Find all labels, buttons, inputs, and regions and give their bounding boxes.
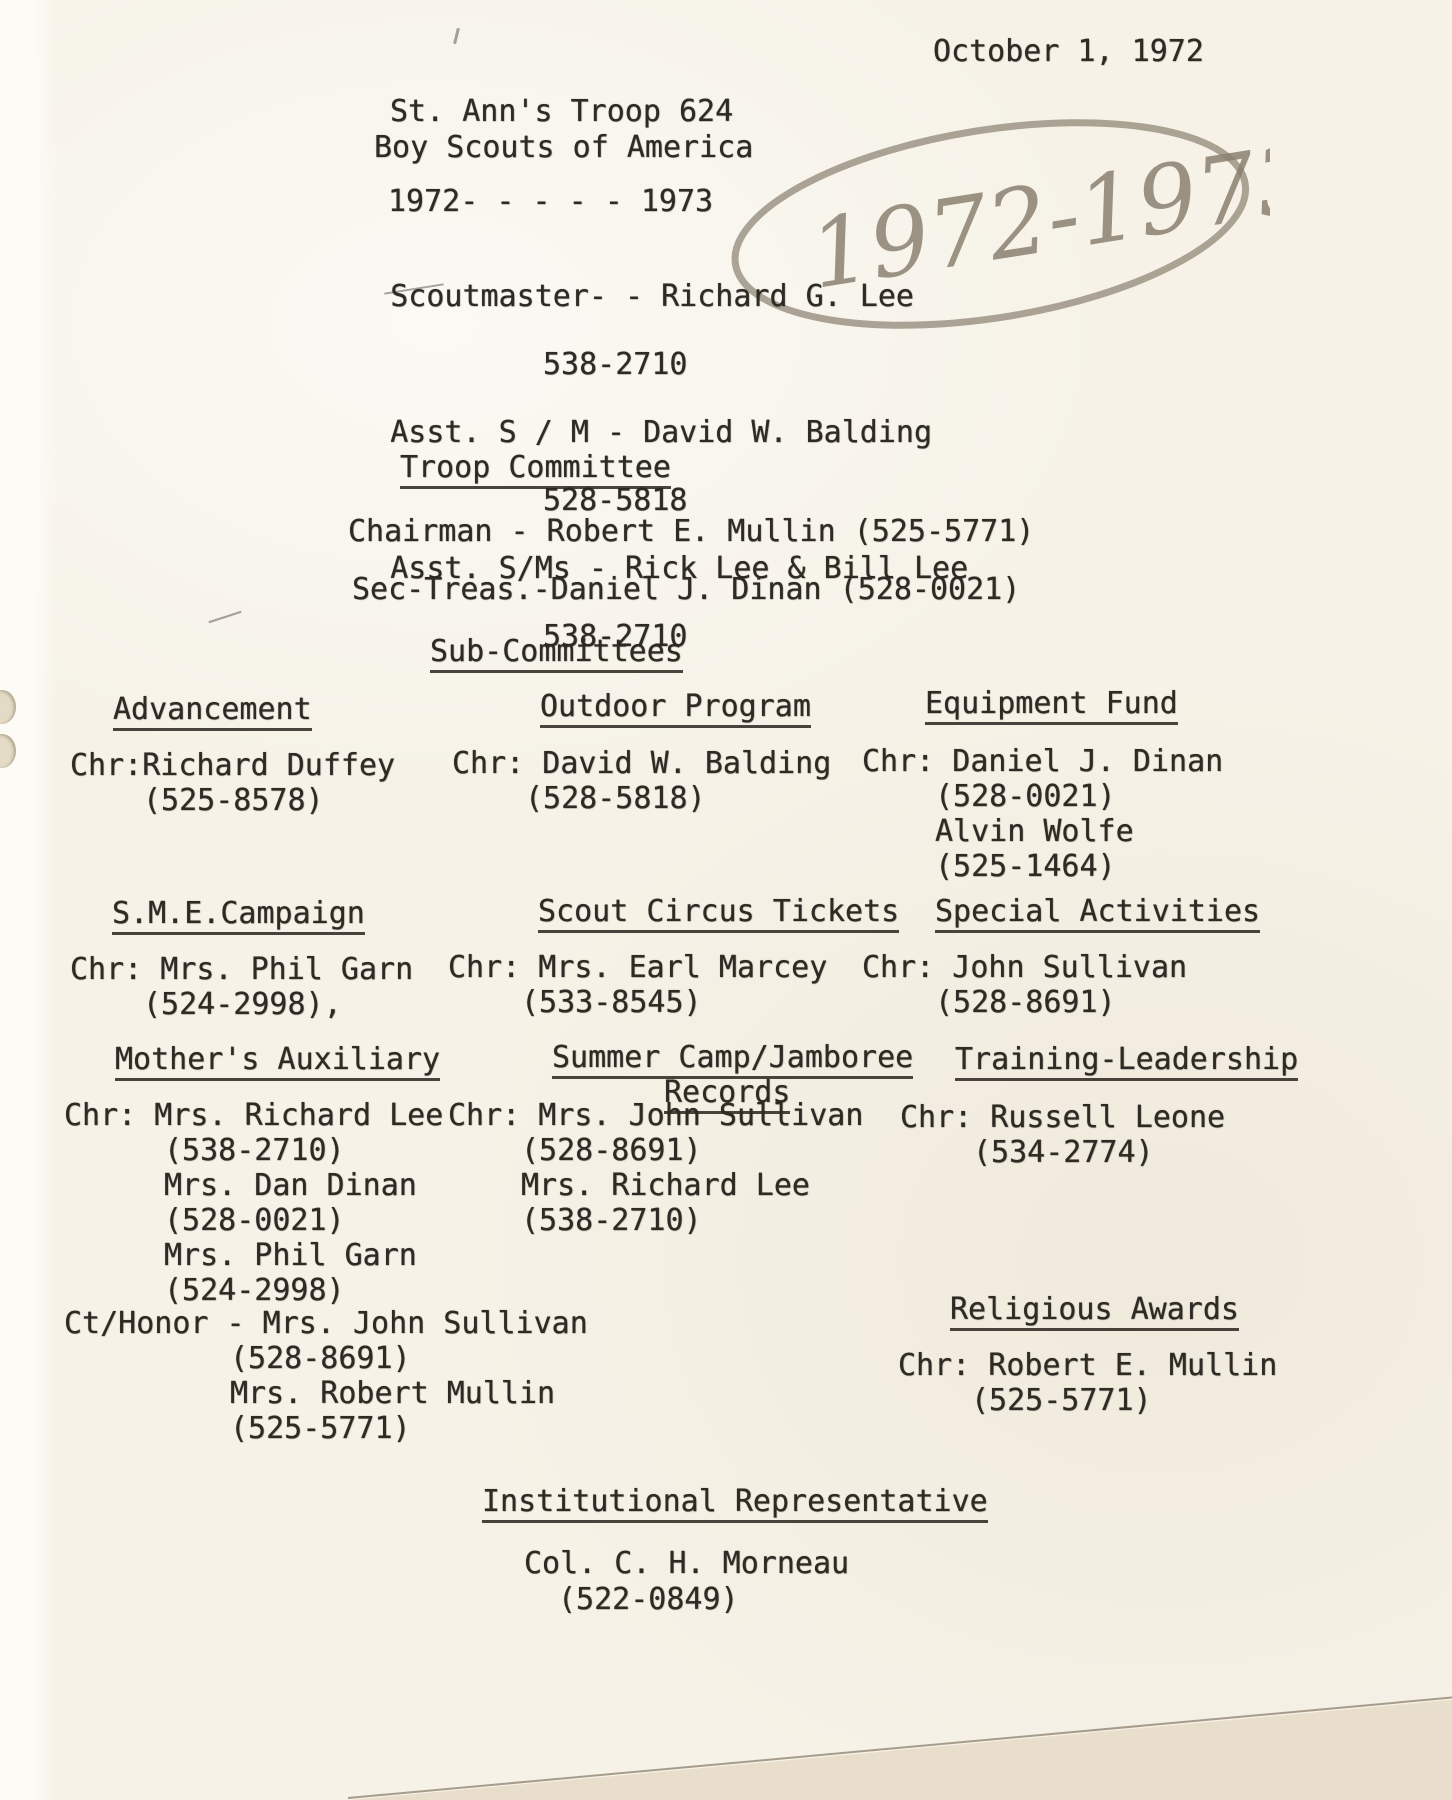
mothers-auxiliary-heading: Mother's Auxiliary: [115, 1044, 440, 1081]
phone-line: (525-5771): [64, 1411, 588, 1446]
institutional-rep-heading: Institutional Representative: [482, 1486, 988, 1523]
advancement-heading: Advancement: [113, 694, 312, 731]
chair-line: Chr: Mrs. Richard Lee: [64, 1098, 443, 1133]
religious-awards-block: Chr: Robert E. Mullin (525-5771): [898, 1348, 1277, 1418]
equipment-fund-heading: Equipment Fund: [925, 688, 1178, 725]
outdoor-program-heading: Outdoor Program: [540, 691, 811, 728]
outdoor-program-block: Chr: David W. Balding (528-5818): [452, 746, 831, 816]
date-line: October 1, 1972: [933, 36, 1204, 68]
chair-line: Chr: David W. Balding: [452, 746, 831, 781]
leader-role: Asst. S / M -: [390, 415, 625, 450]
phone-line: (528-0021): [862, 779, 1223, 814]
phone-line: (534-2774): [900, 1135, 1225, 1170]
leader-name: David W. Balding: [643, 415, 932, 450]
troop-committee-heading: Troop Committee: [400, 452, 671, 489]
phone-line: (525-5771): [898, 1383, 1277, 1418]
chair-line: Chr: John Sullivan: [862, 950, 1187, 985]
equipment-fund-block: Chr: Daniel J. Dinan (528-0021) Alvin Wo…: [862, 744, 1223, 884]
training-leadership-block: Chr: Russell Leone (534-2774): [900, 1100, 1225, 1170]
phone-line: (528-8691): [862, 985, 1187, 1020]
phone-line: (525-1464): [862, 849, 1223, 884]
chair-line: Chr: Mrs. Earl Marcey: [448, 950, 827, 985]
member-line: Mrs. Dan Dinan: [64, 1168, 443, 1203]
leader-name: Richard G. Lee: [661, 279, 914, 314]
leader-phone: 528-5818: [318, 484, 968, 518]
chair-line: Chr: Mrs. Phil Garn: [70, 952, 413, 987]
chair-line: Ct/Honor - Mrs. John Sullivan: [64, 1306, 588, 1341]
phone-line: (524-2998): [64, 1273, 443, 1308]
paper-left-edge: [0, 0, 58, 1800]
member-line: Alvin Wolfe: [862, 814, 1223, 849]
leader-phone: 538-2710: [318, 348, 968, 382]
member-line: Mrs. Robert Mullin: [64, 1376, 588, 1411]
special-activities-heading: Special Activities: [935, 896, 1260, 933]
chair-line: Chr: Robert E. Mullin: [898, 1348, 1277, 1383]
leader-role: Scoutmaster- -: [390, 279, 643, 314]
training-leadership-heading: Training-Leadership: [955, 1044, 1298, 1081]
summer-camp-heading: Summer Camp/Jamboree: [552, 1042, 913, 1079]
sme-campaign-block: Chr: Mrs. Phil Garn (524-2998),: [70, 952, 413, 1022]
chair-line: Chr: Russell Leone: [900, 1100, 1225, 1135]
sec-treas-line: Sec-Treas.-Daniel J. Dinan (528-0021): [352, 574, 1020, 606]
phone-line: (533-8545): [448, 985, 827, 1020]
sme-campaign-heading: S.M.E.Campaign: [112, 898, 365, 935]
institutional-rep-phone: (522-0849): [558, 1584, 739, 1616]
phone-line: (528-8691): [448, 1133, 863, 1168]
member-line: Mrs. Phil Garn: [64, 1238, 443, 1273]
org-name-line-1: St. Ann's Troop 624: [390, 96, 733, 128]
phone-line: (524-2998),: [70, 987, 413, 1022]
phone-line: (538-2710): [448, 1203, 863, 1238]
scout-circus-block: Chr: Mrs. Earl Marcey (533-8545): [448, 950, 827, 1020]
phone-line: (538-2710): [64, 1133, 443, 1168]
religious-awards-heading: Religious Awards: [950, 1294, 1239, 1331]
member-line: Mrs. Richard Lee: [448, 1168, 863, 1203]
chair-line: Chr:Richard Duffey: [70, 748, 395, 783]
mothers-auxiliary-block: Chr: Mrs. Richard Lee (538-2710) Mrs. Da…: [64, 1098, 443, 1308]
phone-line: (525-8578): [70, 783, 395, 818]
summer-camp-block: Chr: Mrs. John Sullivan (528-8691) Mrs. …: [448, 1098, 863, 1238]
years-line: 1972- - - - - 1973: [388, 186, 713, 218]
scout-circus-heading: Scout Circus Tickets: [538, 896, 899, 933]
sub-committees-heading: Sub-Committees: [430, 636, 683, 673]
special-activities-block: Chr: John Sullivan (528-8691): [862, 950, 1187, 1020]
phone-line: (528-0021): [64, 1203, 443, 1238]
institutional-rep-name: Col. C. H. Morneau: [524, 1548, 849, 1580]
scanned-document: { "document": { "date": "October 1, 1972…: [0, 0, 1452, 1800]
leader-row: Scoutmaster- -Richard G. Lee: [318, 246, 968, 348]
advancement-block: Chr:Richard Duffey (525-8578): [70, 748, 395, 818]
chair-line: Chr: Daniel J. Dinan: [862, 744, 1223, 779]
chair-line: Chr: Mrs. John Sullivan: [448, 1098, 863, 1133]
chairman-line: Chairman - Robert E. Mullin (525-5771): [348, 516, 1034, 548]
phone-line: (528-5818): [452, 781, 831, 816]
court-of-honor-block: Ct/Honor - Mrs. John Sullivan (528-8691)…: [64, 1306, 588, 1446]
phone-line: (528-8691): [64, 1341, 588, 1376]
